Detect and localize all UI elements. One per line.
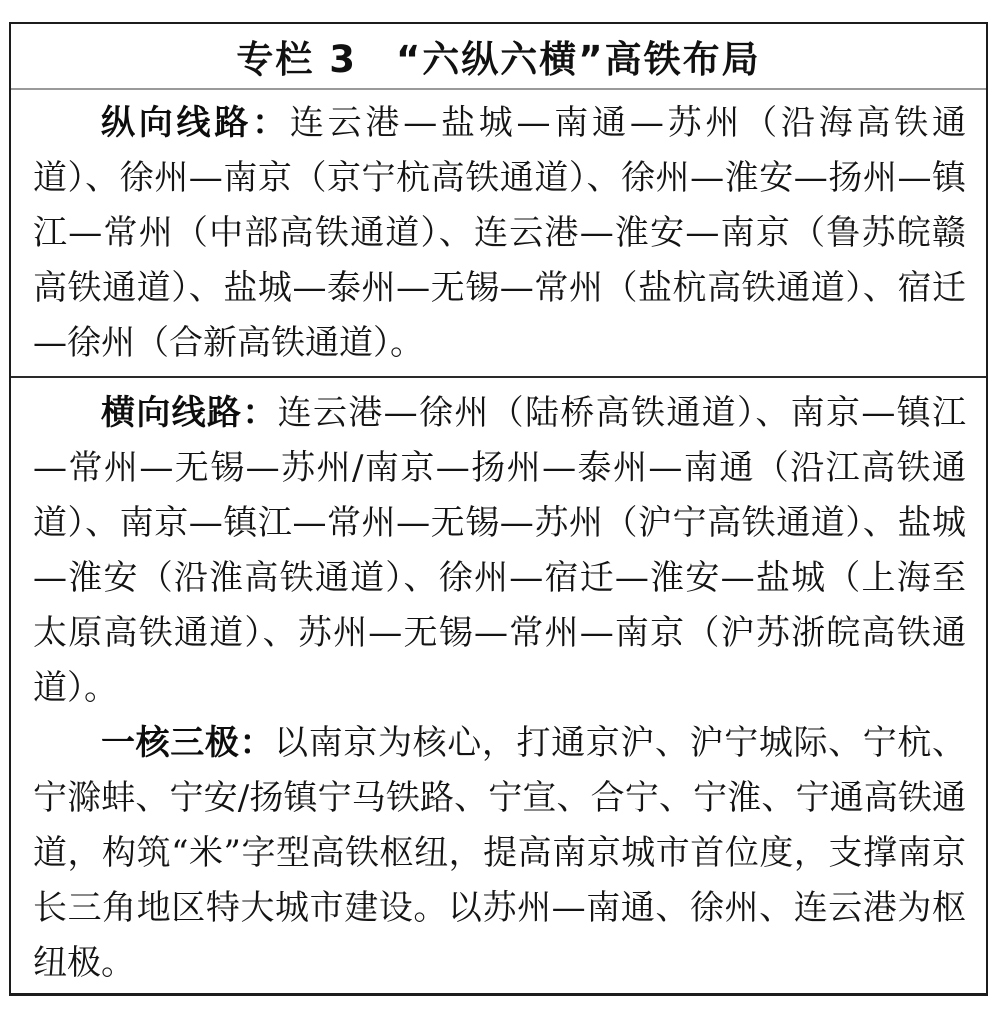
document-page: 专栏 3 “六纵六横”高铁布局 纵向线路：连云港—盐城—南通—苏州（沿海高铁通道… bbox=[0, 0, 1000, 1030]
one-core-three-poles-heading: 一核三极： bbox=[101, 723, 274, 763]
horizontal-routes-heading: 横向线路： bbox=[101, 393, 278, 433]
one-core-three-poles-paragraph: 一核三极：以南京为核心，打通京沪、沪宁城际、宁杭、宁滁蚌、宁安/扬镇宁马铁路、宁… bbox=[33, 716, 966, 991]
vertical-routes-paragraph: 纵向线路：连云港—盐城—南通—苏州（沿海高铁通道）、徐州—南京（京宁杭高铁通道）… bbox=[33, 96, 966, 371]
vertical-routes-heading: 纵向线路： bbox=[101, 103, 290, 143]
horizontal-routes-paragraph: 横向线路：连云港—徐州（陆桥高铁通道）、南京—镇江—常州—无锡—苏州/南京—扬州… bbox=[33, 386, 966, 716]
panel-title: 专栏 3 “六纵六横”高铁布局 bbox=[11, 24, 986, 88]
section-vertical-routes: 纵向线路：连云港—盐城—南通—苏州（沿海高铁通道）、徐州—南京（京宁杭高铁通道）… bbox=[11, 90, 986, 376]
column-panel: 专栏 3 “六纵六横”高铁布局 纵向线路：连云港—盐城—南通—苏州（沿海高铁通道… bbox=[9, 22, 988, 996]
section-horizontal-and-core: 横向线路：连云港—徐州（陆桥高铁通道）、南京—镇江—常州—无锡—苏州/南京—扬州… bbox=[11, 378, 986, 993]
horizontal-routes-text: 连云港—徐州（陆桥高铁通道）、南京—镇江—常州—无锡—苏州/南京—扬州—泰州—南… bbox=[33, 393, 966, 708]
